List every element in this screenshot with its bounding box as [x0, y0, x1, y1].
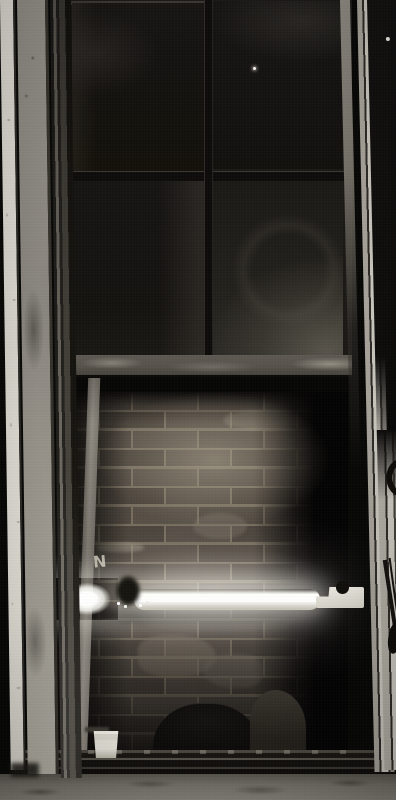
pane-lower-left — [72, 181, 204, 355]
tube-dark-obstruction — [111, 571, 145, 615]
graffiti-n-mark: N — [92, 551, 107, 571]
cables: electrical cables hanging on the right j… — [360, 430, 396, 710]
pane-upper-right — [213, 1, 343, 169]
meeting-rail — [60, 355, 352, 378]
dust-speck — [253, 67, 256, 70]
tube-reflection-specks — [117, 602, 120, 605]
dust-speck — [386, 37, 390, 41]
photograph: N electrical cables hanging on the right… — [0, 0, 396, 800]
left-frame-column — [0, 0, 97, 800]
wall-base-shadow — [11, 763, 39, 777]
fluorescent-tube — [134, 589, 320, 610]
pane-lower-right — [213, 179, 343, 355]
fixture-knob — [336, 581, 349, 594]
pane-upper-left — [72, 3, 204, 171]
right-jamb: electrical cables hanging on the right j… — [340, 0, 396, 800]
vertical-muntin — [204, 0, 213, 356]
